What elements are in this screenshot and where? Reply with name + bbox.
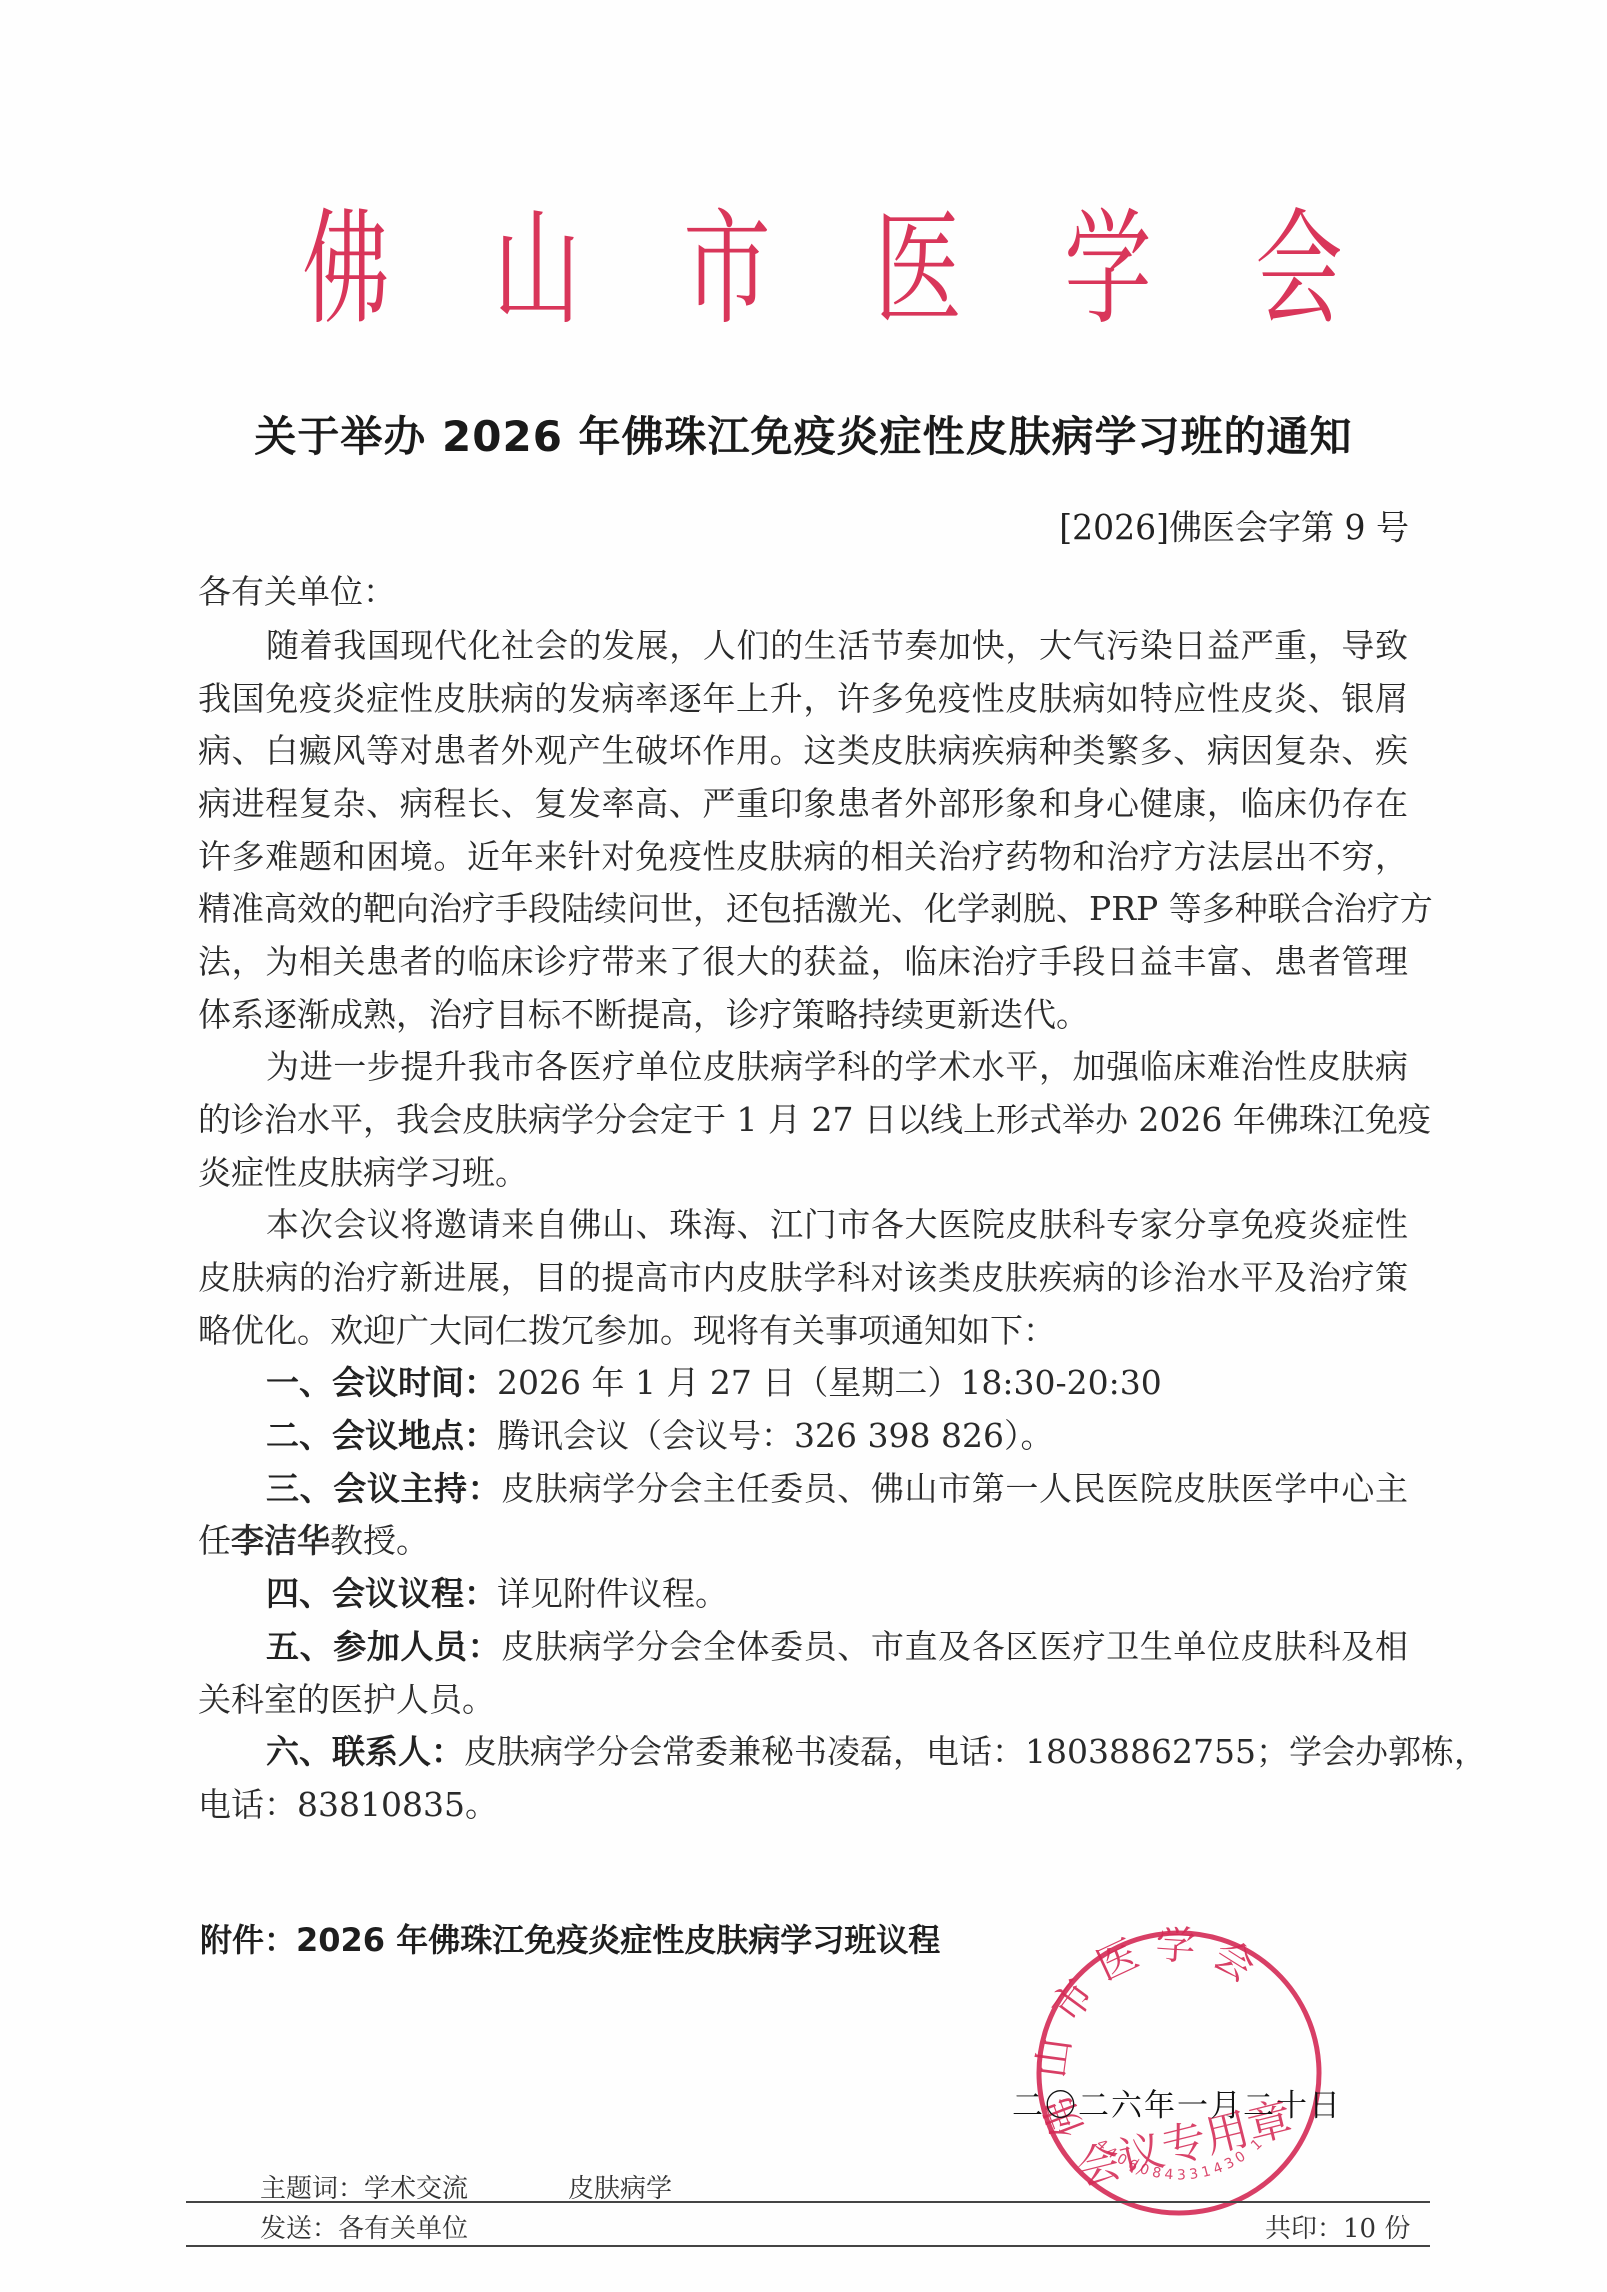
item-attendees-cont: 关科室的医护人员。 (198, 1680, 1408, 1720)
item-value: 腾讯会议（会议号：326 398 826）。 (497, 1416, 1053, 1455)
masthead-char: 医 (874, 208, 961, 332)
item-meeting-agenda: 四、会议议程：详见附件议程。 (266, 1574, 1408, 1614)
paragraph-line: 法，为相关患者的临床诊疗带来了很大的获益，临床治疗手段日益丰富、患者管理 (198, 942, 1408, 982)
paragraph-line: 略优化。欢迎广大同仁拨冗参加。现将有关事项通知如下： (198, 1311, 1408, 1351)
item-label: 三、会议主持： (266, 1469, 501, 1508)
footer-divider (186, 2245, 1430, 2247)
paragraph-line: 精准高效的靶向治疗手段陆续问世，还包括激光、化学剥脱、PRP 等多种联合治疗方 (198, 889, 1408, 929)
item-label: 五、参加人员： (266, 1627, 501, 1666)
masthead-char: 山 (493, 208, 580, 332)
item-label: 一、会议时间： (266, 1363, 497, 1402)
item-value: 2026 年 1 月 27 日（星期二）18:30-20:30 (497, 1363, 1162, 1402)
item-attendees: 五、参加人员：皮肤病学分会全体委员、市直及各区医疗卫生单位皮肤科及相 (266, 1627, 1408, 1667)
paragraph-line: 许多难题和困境。近年来针对免疫性皮肤病的相关治疗药物和治疗方法层出不穷， (198, 837, 1408, 877)
send-to: 发送：各有关单位 (260, 2208, 468, 2245)
paragraph-line: 皮肤病的治疗新进展，目的提高市内皮肤学科对该类皮肤疾病的诊治水平及治疗策 (198, 1258, 1408, 1298)
document-page: 佛 山 市 医 学 会 关于举办 2026 年佛珠江免疫炎症性皮肤病学习班的通知… (0, 0, 1607, 2292)
document-title: 关于举办 2026 年佛珠江免疫炎症性皮肤病学习班的通知 (0, 404, 1607, 464)
host-suffix: 教授。 (330, 1521, 429, 1560)
footer-divider (186, 2201, 1430, 2203)
item-value: 皮肤病学分会全体委员、市直及各区医疗卫生单位皮肤科及相 (501, 1627, 1408, 1666)
host-prefix: 任 (198, 1521, 231, 1560)
attachment-link: 附件：2026 年佛珠江免疫炎症性皮肤病学习班议程 (200, 1915, 940, 1961)
item-contact: 六、联系人：皮肤病学分会常委兼秘书凌磊，电话：18038862755；学会办郭栋… (266, 1732, 1408, 1772)
keywords: 主题词：学术交流 (260, 2168, 468, 2205)
keywords-extra: 皮肤病学 (568, 2168, 672, 2205)
paragraph-line: 病、白癜风等对患者外观产生破坏作用。这类皮肤病疾病种类繁多、病因复杂、疾 (198, 731, 1408, 771)
item-meeting-host-cont: 任李洁华教授。 (198, 1521, 1408, 1561)
masthead-char: 学 (1065, 208, 1152, 332)
paragraph-line: 的诊治水平，我会皮肤病学分会定于 1 月 27 日以线上形式举办 2026 年佛… (198, 1100, 1408, 1140)
official-seal-icon: 佛山市医学会 会议专用章 4406084331430 1 (1023, 1917, 1335, 2229)
paragraph-line: 病进程复杂、病程长、复发率高、严重印象患者外部形象和身心健康，临床仍存在 (198, 784, 1408, 824)
paragraph-line: 我国免疫炎症性皮肤病的发病率逐年上升，许多免疫性皮肤病如特应性皮炎、银屑 (198, 679, 1408, 719)
paragraph-line: 随着我国现代化社会的发展，人们的生活节奏加快，大气污染日益严重，导致 (266, 626, 1408, 666)
item-label: 六、联系人： (266, 1732, 464, 1771)
paragraph-line: 本次会议将邀请来自佛山、珠海、江门市各大医院皮肤科专家分享免疫炎症性 (266, 1205, 1408, 1245)
paragraph-line: 炎症性皮肤病学习班。 (198, 1153, 1408, 1193)
masthead-org-name: 佛 山 市 医 学 会 (300, 200, 1345, 340)
salutation: 各有关单位： (198, 572, 1408, 612)
item-contact-cont: 电话：83810835。 (198, 1785, 1408, 1825)
item-value: 详见附件议程。 (497, 1574, 728, 1613)
paragraph-line: 体系逐渐成熟，治疗目标不断提高，诊疗策略持续更新迭代。 (198, 995, 1408, 1035)
item-label: 二、会议地点： (266, 1416, 497, 1455)
item-meeting-host: 三、会议主持：皮肤病学分会主任委员、佛山市第一人民医院皮肤医学中心主 (266, 1469, 1408, 1509)
masthead-char: 佛 (302, 208, 389, 332)
item-meeting-location: 二、会议地点：腾讯会议（会议号：326 398 826）。 (266, 1416, 1408, 1456)
item-value: 皮肤病学分会常委兼秘书凌磊，电话：18038862755；学会办郭栋， (464, 1732, 1487, 1771)
masthead-char: 市 (683, 208, 770, 332)
host-name: 李洁华 (231, 1521, 330, 1560)
paragraph-line: 为进一步提升我市各医疗单位皮肤病学科的学术水平，加强临床难治性皮肤病 (266, 1047, 1408, 1087)
copies-count: 共印：10 份 (1265, 2208, 1410, 2245)
document-number: [2026]佛医会字第 9 号 (1059, 501, 1409, 550)
item-value: 皮肤病学分会主任委员、佛山市第一人民医院皮肤医学中心主 (501, 1469, 1408, 1508)
item-label: 四、会议议程： (266, 1574, 497, 1613)
masthead-char: 会 (1255, 208, 1342, 332)
item-meeting-time: 一、会议时间：2026 年 1 月 27 日（星期二）18:30-20:30 (266, 1363, 1408, 1403)
issue-date: 二〇二六年一月二十日 (1012, 2080, 1342, 2125)
